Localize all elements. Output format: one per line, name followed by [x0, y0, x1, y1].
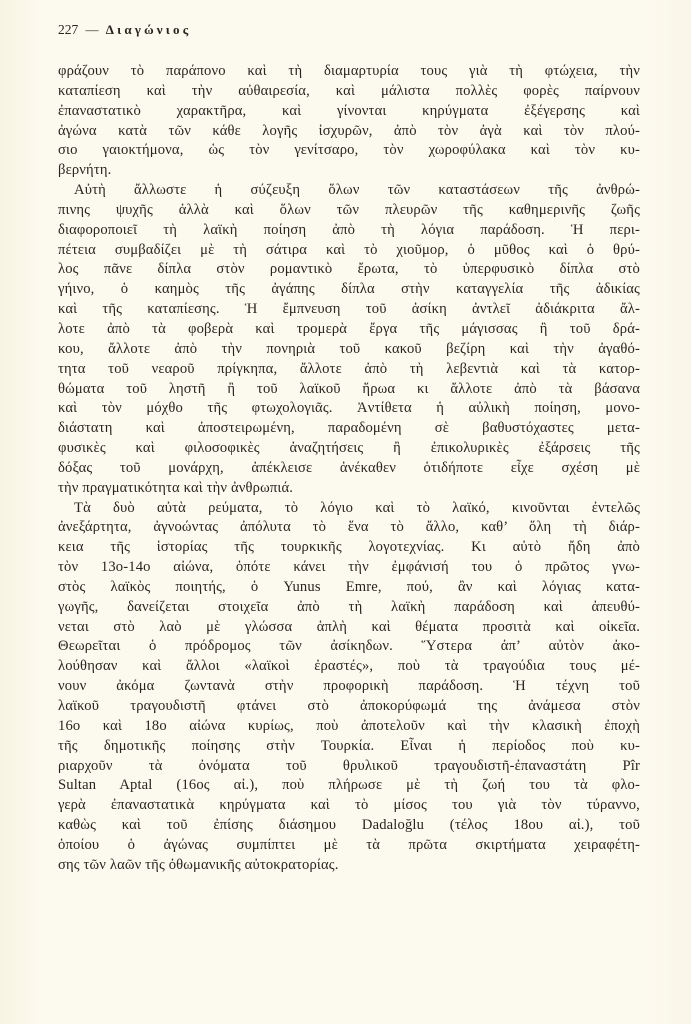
text-line: τητα τοῦ νεαροῦ πρίγκηπα, ἄλλοτε ἀπὸ τὴ … — [58, 360, 640, 380]
text-line: γωγῆς, δανείζεται στοιχεῖα ἀπὸ τὴ λαϊκὴ … — [58, 598, 640, 618]
line-text: καὶ τὸν μόχθο τῆς φτωχολογιᾶς. Ἀντίθετα … — [58, 399, 640, 419]
text-line: Sultan Aptal (16ος αἰ.), ποὺ πλήρωσε μὲ … — [58, 776, 640, 796]
text-line: καὶ τὸν μόχθο τῆς φτωχολογιᾶς. Ἀντίθετα … — [58, 399, 640, 419]
text-line: θώματα τοῦ ληστῆ ἢ τοῦ λαϊκοῦ ἥρωα κι ἄλ… — [58, 380, 640, 400]
text-line: 16ο καὶ 18ο αἰώνα κυρίως, ποὺ ἀποτελοῦν … — [58, 717, 640, 737]
line-text: Τὰ δυὸ αὐτὰ ρεύματα, τὸ λόγιο καὶ τὸ λαϊ… — [74, 499, 640, 519]
line-text: ἀγώνα κατὰ τῶν κάθε λογῆς ἰσχυρῶν, ἀπὸ τ… — [58, 122, 640, 142]
text-line: γήινο, ὁ καημὸς τῆς ἀγάπης δίπλα στὴν κα… — [58, 280, 640, 300]
line-text: διάστατη καὶ ἀποστειρωμένη, παραδομένη σ… — [58, 419, 640, 439]
line-text: τῆς δημοτικῆς ποίησης στὴν Τουρκία. Εἶνα… — [58, 737, 640, 757]
text-line: διάστατη καὶ ἀποστειρωμένη, παραδομένη σ… — [58, 419, 640, 439]
text-line: λος πᾶνε δίπλα στὸν ρομαντικὸ ἔρωτα, τὸ … — [58, 260, 640, 280]
line-text: καταπίεση καὶ τὴν αὐθαιρεσία, καὶ μάλιστ… — [58, 82, 640, 102]
text-line: λοτε ἀπὸ τὰ φοβερὰ καὶ τρομερὰ ἔργα τῆς … — [58, 320, 640, 340]
line-text: γήινο, ὁ καημὸς τῆς ἀγάπης δίπλα στὴν κα… — [58, 280, 640, 300]
header-separator: — — [86, 22, 99, 37]
paragraph-last-line: τὴν πραγματικότητα καὶ τὴν ἀνθρωπιά. — [58, 479, 640, 499]
line-text: 16ο καὶ 18ο αἰώνα κυρίως, ποὺ ἀποτελοῦν … — [58, 717, 640, 737]
paragraph-first-line: Τὰ δυὸ αὐτὰ ρεύματα, τὸ λόγιο καὶ τὸ λαϊ… — [58, 499, 640, 519]
text-line: φυσικὲς καὶ φιλοσοφικὲς ἀναζητήσεις ἢ ἐπ… — [58, 439, 640, 459]
text-line: τῆς δημοτικῆς ποίησης στὴν Τουρκία. Εἶνα… — [58, 737, 640, 757]
line-text: φράζουν τὸ παράπονο καὶ τὴ διαμαρτυρία τ… — [58, 62, 640, 82]
text-line: ριαρχοῦν τὰ ὀνόματα τοῦ θρυλικοῦ τραγουδ… — [58, 757, 640, 777]
line-text: στὸς λαϊκὸς ποιητής, ὁ Yunus Emre, πού, … — [58, 578, 640, 598]
page-number: 227 — [58, 22, 78, 37]
text-line: καθὼς καὶ τοῦ ἐπίσης διάσημου Dadaloğlu … — [58, 816, 640, 836]
text-line: φράζουν τὸ παράπονο καὶ τὴ διαμαρτυρία τ… — [58, 62, 640, 82]
text-line: νουν ἀκόμα ζωντανὰ στὴν προφορικὴ παράδο… — [58, 677, 640, 697]
line-text: Θεωρεῖται ὁ πρόδρομος τῶν ἀσίκηδων. Ὕστε… — [58, 637, 640, 657]
line-text: ριαρχοῦν τὰ ὀνόματα τοῦ θρυλικοῦ τραγουδ… — [58, 757, 640, 777]
text-line: καταπίεση καὶ τὴν αὐθαιρεσία, καὶ μάλιστ… — [58, 82, 640, 102]
line-text: ἀνεξάρτητα, ἀγνοώντας ἀπόλυτα τὸ ἕνα τὸ … — [58, 518, 640, 538]
line-text: διαφοροποιεῖ τὴ λαϊκὴ ποίηση ἀπὸ τὴ λόγι… — [58, 221, 640, 241]
text-line: κου, ἄλλοτε ἀπὸ τὴν πονηριὰ τοῦ κακοῦ βε… — [58, 340, 640, 360]
text-line: διαφοροποιεῖ τὴ λαϊκὴ ποίηση ἀπὸ τὴ λόγι… — [58, 221, 640, 241]
text-line: νεται στὸ λαὸ μὲ γλώσσα ἁπλὴ καὶ θέματα … — [58, 618, 640, 638]
line-text: Sultan Aptal (16ος αἰ.), ποὺ πλήρωσε μὲ … — [58, 776, 640, 796]
line-text: λοτε ἀπὸ τὰ φοβερὰ καὶ τρομερὰ ἔργα τῆς … — [58, 320, 640, 340]
running-title: Διαγώνιος — [106, 22, 192, 37]
line-text: πινης ψυχῆς ἀλλὰ καὶ ὅλων τῶν πλευρῶν τῆ… — [58, 201, 640, 221]
running-header: 227 — Διαγώνιος — [58, 22, 191, 38]
line-text: καὶ τῆς καταπίεσης. Ἡ ἔμπνευση τοῦ ἀσίκη… — [58, 300, 640, 320]
line-text: τητα τοῦ νεαροῦ πρίγκηπα, ἄλλοτε ἀπὸ τὴ … — [58, 360, 640, 380]
line-text: κου, ἄλλοτε ἀπὸ τὴν πονηριὰ τοῦ κακοῦ βε… — [58, 340, 640, 360]
paragraph-first-line: Αὐτὴ ἄλλωστε ἡ σύζευξη ὅλων τῶν καταστάσ… — [58, 181, 640, 201]
line-text: σιο γαιοκτήμονα, ὡς τὸν γενίτσαρο, τὸν χ… — [58, 141, 640, 161]
line-text: ἐπαναστατικὸ χαρακτῆρα, καὶ γίνονται κηρ… — [58, 102, 640, 122]
text-line: κεια τῆς ἱστορίας τῆς τουρκικῆς λογοτεχν… — [58, 538, 640, 558]
line-text: λαϊκοῦ τραγουδιστῆ φτάνει στὸ ἀποκορύφωμ… — [58, 697, 640, 717]
line-text: γερὰ ἐπαναστατικὰ κηρύγματα καὶ τὸ μίσος… — [58, 796, 640, 816]
line-text: λος πᾶνε δίπλα στὸν ρομαντικὸ ἔρωτα, τὸ … — [58, 260, 640, 280]
text-line: πέτεια συμβαδίζει μὲ τὴ σάτιρα καὶ τὸ χι… — [58, 241, 640, 261]
line-text: λούθησαν καὶ ἄλλοι «λαϊκοὶ ἐραστές», ποὺ… — [58, 657, 640, 677]
body-text: φράζουν τὸ παράπονο καὶ τὴ διαμαρτυρία τ… — [58, 62, 640, 876]
line-text: τὴν πραγματικότητα καὶ τὴν ἀνθρωπιά. — [58, 479, 640, 499]
text-line: πινης ψυχῆς ἀλλὰ καὶ ὅλων τῶν πλευρῶν τῆ… — [58, 201, 640, 221]
line-text: ὁποίου ὁ ἀγώνας συμπίπτει μὲ τὰ πρῶτα σκ… — [58, 836, 640, 856]
book-page: 227 — Διαγώνιος φράζουν τὸ παράπονο καὶ … — [0, 0, 691, 1024]
paragraph-last-line: σης τῶν λαῶν τῆς ὀθωμανικῆς αὐτοκρατορία… — [58, 856, 640, 876]
line-text: θώματα τοῦ ληστῆ ἢ τοῦ λαϊκοῦ ἥρωα κι ἄλ… — [58, 380, 640, 400]
line-text: γωγῆς, δανείζεται στοιχεῖα ἀπὸ τὴ λαϊκὴ … — [58, 598, 640, 618]
line-text: Αὐτὴ ἄλλωστε ἡ σύζευξη ὅλων τῶν καταστάσ… — [74, 181, 640, 201]
text-line: δόξας τοῦ μονάρχη, ἀπέκλεισε ἀνέκαθεν ὁτ… — [58, 459, 640, 479]
line-text: τὸν 13ο-14ο αἰώνα, ὁπότε κάνει τὴν ἐμφάν… — [58, 558, 640, 578]
line-text: σης τῶν λαῶν τῆς ὀθωμανικῆς αὐτοκρατορία… — [58, 856, 640, 876]
text-line: ἐπαναστατικὸ χαρακτῆρα, καὶ γίνονται κηρ… — [58, 102, 640, 122]
text-line: ὁποίου ὁ ἀγώνας συμπίπτει μὲ τὰ πρῶτα σκ… — [58, 836, 640, 856]
line-text: δόξας τοῦ μονάρχη, ἀπέκλεισε ἀνέκαθεν ὁτ… — [58, 459, 640, 479]
text-line: ἀνεξάρτητα, ἀγνοώντας ἀπόλυτα τὸ ἕνα τὸ … — [58, 518, 640, 538]
line-text: νεται στὸ λαὸ μὲ γλώσσα ἁπλὴ καὶ θέματα … — [58, 618, 640, 638]
text-line: καὶ τῆς καταπίεσης. Ἡ ἔμπνευση τοῦ ἀσίκη… — [58, 300, 640, 320]
line-text: βερνήτη. — [58, 161, 640, 181]
line-text: καθὼς καὶ τοῦ ἐπίσης διάσημου Dadaloğlu … — [58, 816, 640, 836]
text-line: Θεωρεῖται ὁ πρόδρομος τῶν ἀσίκηδων. Ὕστε… — [58, 637, 640, 657]
text-line: τὸν 13ο-14ο αἰώνα, ὁπότε κάνει τὴν ἐμφάν… — [58, 558, 640, 578]
text-line: λούθησαν καὶ ἄλλοι «λαϊκοὶ ἐραστές», ποὺ… — [58, 657, 640, 677]
line-text: νουν ἀκόμα ζωντανὰ στὴν προφορικὴ παράδο… — [58, 677, 640, 697]
text-line: στὸς λαϊκὸς ποιητής, ὁ Yunus Emre, πού, … — [58, 578, 640, 598]
paragraph-last-line: βερνήτη. — [58, 161, 640, 181]
line-text: πέτεια συμβαδίζει μὲ τὴ σάτιρα καὶ τὸ χι… — [58, 241, 640, 261]
text-line: γερὰ ἐπαναστατικὰ κηρύγματα καὶ τὸ μίσος… — [58, 796, 640, 816]
text-line: λαϊκοῦ τραγουδιστῆ φτάνει στὸ ἀποκορύφωμ… — [58, 697, 640, 717]
line-text: φυσικὲς καὶ φιλοσοφικὲς ἀναζητήσεις ἢ ἐπ… — [58, 439, 640, 459]
text-line: σιο γαιοκτήμονα, ὡς τὸν γενίτσαρο, τὸν χ… — [58, 141, 640, 161]
line-text: κεια τῆς ἱστορίας τῆς τουρκικῆς λογοτεχν… — [58, 538, 640, 558]
text-line: ἀγώνα κατὰ τῶν κάθε λογῆς ἰσχυρῶν, ἀπὸ τ… — [58, 122, 640, 142]
